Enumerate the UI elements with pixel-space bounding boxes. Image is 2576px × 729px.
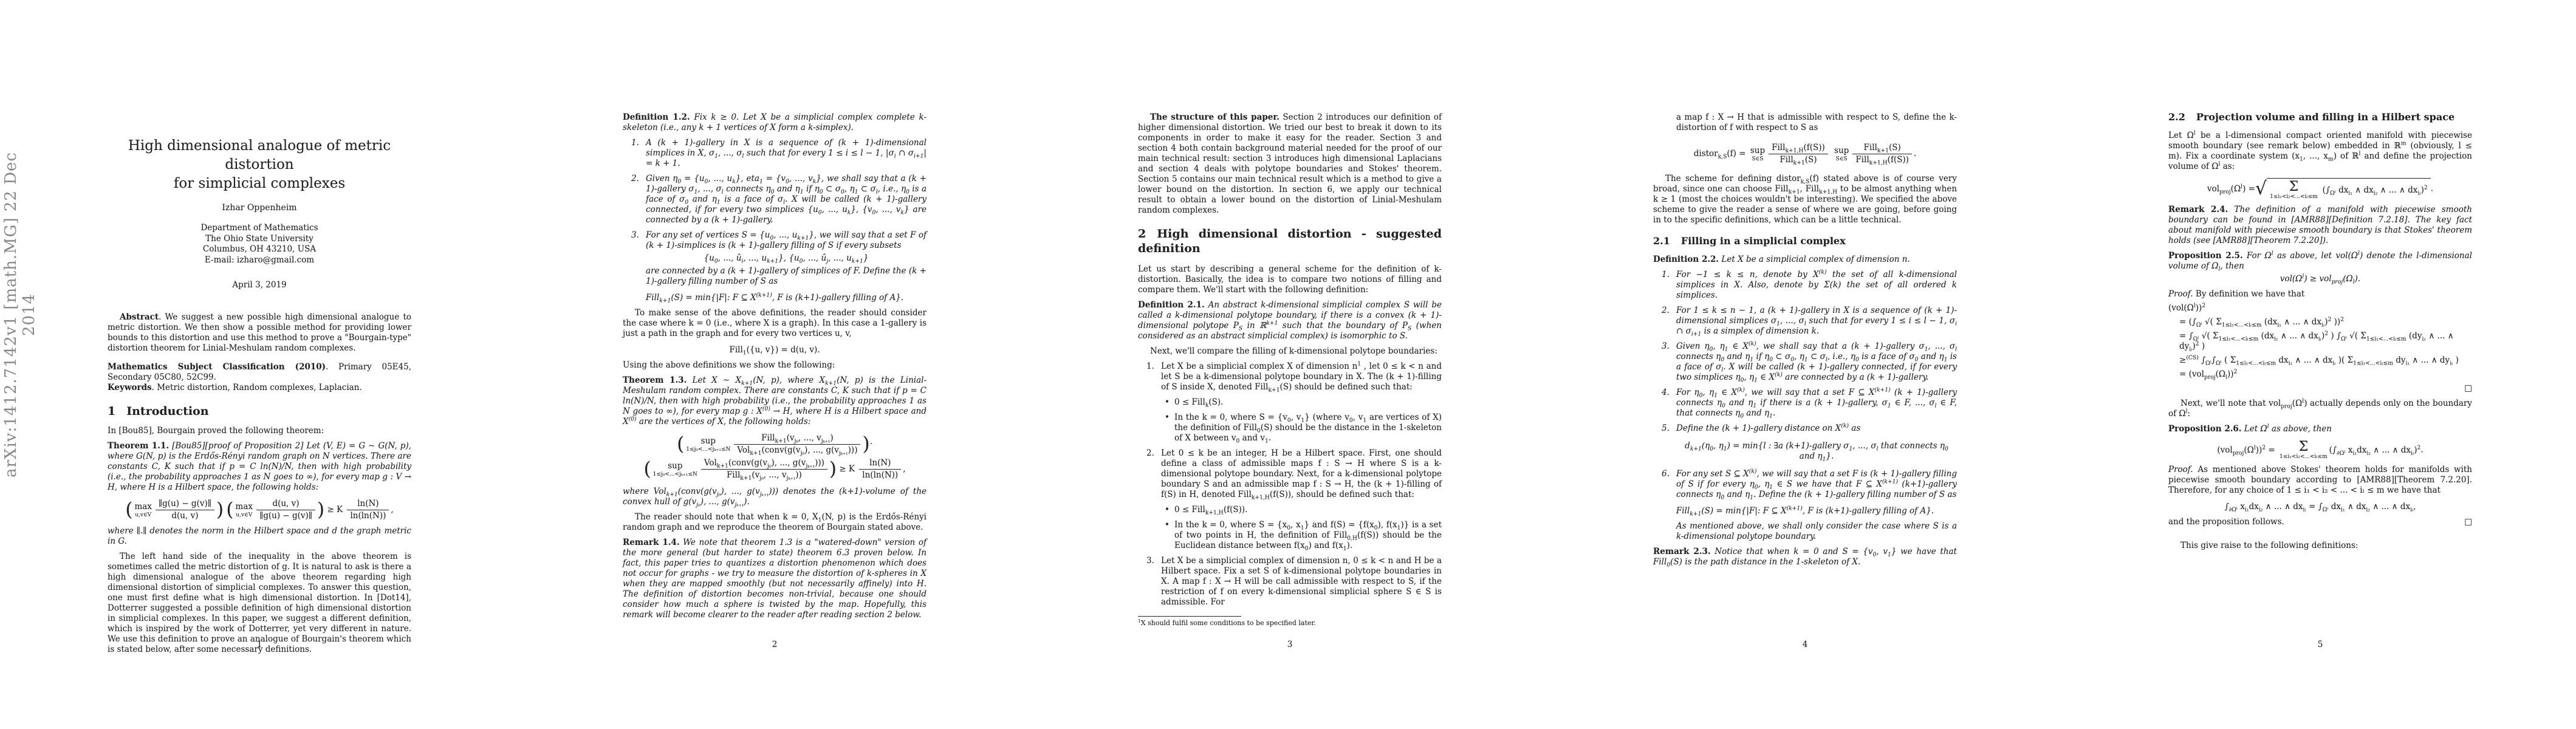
sqrt-symbol: √ bbox=[2255, 178, 2267, 199]
remark-2-4: Remark 2.4. The definition of a manifold… bbox=[2168, 205, 2472, 246]
page-5: 2.2Projection volume and filling in a Hi… bbox=[2168, 0, 2472, 551]
section-1-title: Introduction bbox=[126, 405, 208, 418]
bullet-item: •0 ≤ Fillk+1,H(f(S)). bbox=[1174, 505, 1442, 515]
sup-operator: sup1≤j₀<...<jₖ₊₁≤N bbox=[653, 461, 697, 477]
proposition-2-5-label: Proposition 2.5. bbox=[2168, 251, 2243, 261]
section-2-title: High dimensional distortion - suggested … bbox=[1138, 227, 1442, 255]
derivation-line-1: (vol(Ωl))2 bbox=[2168, 303, 2472, 313]
definition-1-2: Definition 1.2. Fix k ≥ 0. Let X be a si… bbox=[623, 112, 927, 133]
equation-fill1: Fill1({u, v}) = d(u, v). bbox=[623, 345, 927, 355]
fraction: Fillk+1(S)Fillk+1,H(f(S)) bbox=[1852, 143, 1912, 165]
sup-operator: supS∈S bbox=[1750, 146, 1765, 162]
arxiv-watermark: arXiv:1412.7142v1 [math.MG] 22 Dec 2014 bbox=[2, 135, 38, 494]
derivation-line-4: ≥(CS) ∫Ωˡ∫Ωˡ ( Σ1≤i₁<...<iₗ≤m dxi₁ ∧ ...… bbox=[2179, 355, 2472, 366]
sum-operator: Σ1≤i₁<i₂<...<iₗ≤m bbox=[2270, 180, 2318, 200]
fraction: ln(N)ln(ln(N)) bbox=[859, 458, 901, 481]
proposition-2-6-text: Let Ωl as above, then bbox=[2242, 424, 2332, 434]
max-operator: maxu,v∈V bbox=[236, 502, 253, 518]
relation: ≥ K bbox=[839, 464, 855, 474]
fraction: ln(N)ln(ln(N)) bbox=[347, 499, 389, 521]
footnote: 1X should fulfil some conditions to be s… bbox=[1138, 619, 1442, 628]
definition-2-2-label: Definition 2.2. bbox=[1653, 255, 1719, 264]
list-item: 5.Define the (k + 1)-gallery distance on… bbox=[1676, 423, 1957, 462]
paren: ) bbox=[317, 499, 324, 521]
list-item: 3.Given η0, η1 ∈ X(k), we shall say that… bbox=[1676, 341, 1957, 383]
proof-text: As mentioned above Stokes' theorem holds… bbox=[2168, 465, 2472, 495]
equation-vol-geq: vol(Ωl) ≥ volproj(Ωl). bbox=[2168, 274, 2472, 284]
fraction: d(u, v)∥g(u) − g(v)∥ bbox=[256, 499, 315, 521]
fraction: Fillk+1,H(f(S))Fillk+1(S) bbox=[1769, 143, 1828, 165]
equation-distortion-def: distork,S(f) = supS∈SFillk+1,H(f(S))Fill… bbox=[1653, 143, 1957, 165]
section-2-2-heading: 2.2Projection volume and filling in a Hi… bbox=[2168, 111, 2472, 123]
structure-paragraph: The structure of this paper. Section 2 i… bbox=[1138, 112, 1442, 216]
note-paragraph: As mentioned above, we shall only consid… bbox=[1676, 521, 1957, 542]
paper-title-line2: for simplicial complexes bbox=[174, 176, 345, 191]
proof-2-6: Proof. As mentioned above Stokes' theore… bbox=[2168, 465, 2472, 496]
derivation-line-2: = (∫Ωˡ √( Σ1≤i₁<...<iₗ≤m (dxi₁ ∧ ... ∧ d… bbox=[2179, 317, 2472, 327]
theorem-1-1: Theorem 1.1. [Bou85][proof of Propositio… bbox=[108, 441, 411, 493]
list-item: 2.Let 0 ≤ k be an integer, H be a Hilber… bbox=[1161, 448, 1442, 500]
msc-label: Mathematics Subject Classification (2010… bbox=[108, 362, 326, 372]
bullet-item: •In the k = 0, where S = {x0, x1} and f(… bbox=[1174, 520, 1442, 551]
section-2-1-heading: 2.1Filling in a simplicial complex bbox=[1653, 235, 1957, 247]
bullet-dot: • bbox=[1165, 520, 1170, 530]
body-paragraph: The reader should note that when k = 0, … bbox=[623, 512, 927, 533]
equation-theorem13-line1: (sup1≤j₀<...<jₖ₊₁≤NFillk+1(vj₀, ..., vjₖ… bbox=[623, 433, 927, 456]
punctuation: , bbox=[391, 505, 393, 515]
definition-2-2: Definition 2.2. Let X be a simplicial co… bbox=[1653, 255, 1957, 265]
body-paragraph: Let Ωl be a l-dimensional compact orient… bbox=[2168, 131, 2472, 172]
affiliation-city: Columbus, OH 43210, USA bbox=[108, 244, 411, 255]
list-item: 1.Let X be a simplicial complex X of dim… bbox=[1161, 361, 1442, 392]
section-2-2-number: 2.2 bbox=[2168, 111, 2185, 123]
sum-operator: Σ1≤i₁<i₂<...<iₗ≤m bbox=[2280, 440, 2328, 460]
remark-1-4-label: Remark 1.4. bbox=[623, 538, 680, 547]
page-number-5: 5 bbox=[2168, 640, 2472, 650]
paren: ) bbox=[216, 499, 224, 521]
keywords-label: Keywords bbox=[108, 383, 152, 392]
section-1-number: 1 bbox=[108, 405, 115, 418]
section-2-number: 2 bbox=[1138, 227, 1146, 241]
fraction: ∥g(u) − g(v)∥d(u, v) bbox=[156, 499, 214, 521]
fraction: Volk+1(conv(g(vj₀), ..., g(vjₖ₊₁)))Fillk… bbox=[701, 458, 827, 481]
max-operator: maxu,v∈V bbox=[134, 502, 151, 518]
structure-label: The structure of this paper. bbox=[1150, 112, 1279, 122]
lhs: (volproj(Ωl))2 = bbox=[2217, 445, 2275, 455]
bullet-dot: • bbox=[1165, 412, 1170, 423]
section-1-heading: 1Introduction bbox=[108, 404, 411, 419]
list-item: 1.For −1 ≤ k ≤ n, denote by X(k) the set… bbox=[1676, 270, 1957, 301]
footnote-rule bbox=[1138, 616, 1241, 617]
page-number-3: 3 bbox=[1138, 640, 1442, 650]
equation-stokes: ∫∂Ωˡ xi₁dxi₂ ∧ ... ∧ dxiₗ = ∫Ωˡ dxi₁ ∧ d… bbox=[2168, 502, 2472, 512]
definition-2-1-label: Definition 2.1. bbox=[1138, 300, 1205, 310]
body-paragraph: Next, we'll compare the filling of k-dim… bbox=[1138, 346, 1442, 357]
paper-date: April 3, 2019 bbox=[108, 280, 411, 290]
bullet-item: •In the k = 0, where S = {v0, v1} (where… bbox=[1174, 412, 1442, 443]
affiliation-univ: The Ohio State University bbox=[108, 234, 411, 245]
equation-gallery-distance: dk+1(η0, η1) = min{l : ∃a (k+1)-gallery … bbox=[1676, 441, 1957, 462]
theorem-1-1-label: Theorem 1.1. bbox=[108, 441, 169, 451]
intro-paragraph: In [Bou85], Bourgain proved the followin… bbox=[108, 426, 411, 436]
paren: ( bbox=[226, 499, 233, 521]
equation-fill-number: Fillk+1(S) = min{|F|: F ⊆ X(k+1), F is (… bbox=[1653, 506, 1957, 516]
list-item: 4.For η0, η1 ∈ X(k), we will say that a … bbox=[1676, 388, 1957, 419]
body-paragraph: This give raise to the following definit… bbox=[2168, 541, 2472, 551]
equation-vol-proj: volproj(Ωl) =√Σ1≤i₁<i₂<...<iₗ≤m(∫Ωˡ dxi₁… bbox=[2168, 178, 2472, 200]
page-3: The structure of this paper. Section 2 i… bbox=[1138, 0, 1442, 628]
remark-1-4-text: We note that theorem 1.3 is a "watered-d… bbox=[623, 538, 927, 620]
sqrt-content: Σ1≤i₁<i₂<...<iₗ≤m(∫Ωˡ dxi₁ ∧ dxi₂ ∧ ... … bbox=[2267, 178, 2431, 200]
section-2-2-title: Projection volume and filling in a Hilbe… bbox=[2196, 111, 2454, 123]
definition-2-1: Definition 2.1. An abstract k-dimensiona… bbox=[1138, 300, 1442, 341]
theorem-1-3-label: Theorem 1.3. bbox=[623, 375, 687, 385]
abstract-label: Abstract bbox=[120, 312, 159, 322]
times-dot: · bbox=[870, 439, 872, 449]
proposition-2-6-label: Proposition 2.6. bbox=[2168, 424, 2242, 434]
where-clause: where Volk+1(conv(g(vj₀), ..., g(vjₖ₊₁))… bbox=[623, 487, 927, 507]
affiliation-dept: Department of Mathematics bbox=[108, 223, 411, 234]
remark-2-3-label: Remark 2.3. bbox=[1653, 547, 1711, 556]
fraction: Fillk+1(vj₀, ..., vjₖ₊₁)Volk+1(conv(g(vj… bbox=[734, 433, 860, 456]
sup-operator: sup1≤j₀<...<jₖ₊₁≤N bbox=[686, 436, 730, 453]
where-clause: where ∥.∥ denotes the norm in the Hilber… bbox=[108, 526, 411, 547]
body-paragraph: Next, we'll note that volproj(Ωl) actual… bbox=[2168, 399, 2472, 419]
page-4: a map f : X → H that is admissible with … bbox=[1653, 0, 1957, 567]
proof-label: Proof. bbox=[2168, 465, 2193, 474]
bullet-item: •0 ≤ Fillk(S). bbox=[1174, 397, 1442, 408]
closing-line: and the proposition follows.□ bbox=[2168, 517, 2472, 527]
equation-subsets: {u0, ..., ûi, ..., uk+1}, {u0, ..., ûj, … bbox=[646, 253, 927, 264]
author-name: Izhar Oppenheim bbox=[108, 203, 411, 213]
definition-2-2-text: Let X be a simplicial complex of dimensi… bbox=[1719, 255, 1910, 264]
theorem-1-3: Theorem 1.3. Let X ∼ Xk+1(N, p), where X… bbox=[623, 375, 927, 427]
relation: ≥ K bbox=[327, 505, 343, 515]
paper-title: High dimensional analogue of metric dist… bbox=[108, 137, 411, 193]
proposition-2-6: Proposition 2.6. Let Ωl as above, then bbox=[2168, 424, 2472, 434]
abstract: Abstract. We suggest a new possible high… bbox=[108, 312, 411, 354]
punctuation: , bbox=[903, 464, 905, 474]
body-paragraph: The scheme for defining distork,S(f) sta… bbox=[1653, 174, 1957, 225]
qed-box: □ bbox=[2464, 517, 2472, 527]
derivation-line-3: = ∫Ωˡ √( Σ1≤i₁<...<iₗ≤m (dxi₁ ∧ ... ∧ dx… bbox=[2179, 331, 2472, 352]
list-item: 6.For any set S ⊆ X(k), we will say that… bbox=[1676, 469, 1957, 500]
equation-theorem13-line2: (sup1≤j₀<...<jₖ₊₁≤NVolk+1(conv(g(vj₀), .… bbox=[623, 458, 927, 481]
punctuation: . bbox=[2420, 445, 2423, 455]
lhs: distork,S(f) = bbox=[1694, 149, 1746, 159]
definition-1-2-label: Definition 1.2. bbox=[623, 112, 690, 122]
continued-paragraph: a map f : X → H that is admissible with … bbox=[1676, 112, 1957, 133]
equation-bourgain-distortion: (maxu,v∈V∥g(u) − g(v)∥d(u, v)) (maxu,v∈V… bbox=[108, 499, 411, 521]
body-paragraph: Using the above definitions we show the … bbox=[623, 360, 927, 371]
list-item: 3.Let X be a simplicial complex of dimen… bbox=[1161, 556, 1442, 607]
paper-title-line1: High dimensional analogue of metric dist… bbox=[128, 138, 391, 173]
body-paragraph: Let us start by describing a general sch… bbox=[1138, 264, 1442, 295]
section-2-heading: 2High dimensional distortion - suggested… bbox=[1138, 227, 1442, 256]
remark-2-4-label: Remark 2.4. bbox=[2168, 205, 2228, 214]
sup-operator: supS∈S bbox=[1834, 146, 1849, 162]
bullet-dot: • bbox=[1165, 505, 1170, 515]
remark-1-4: Remark 1.4. We note that theorem 1.3 is … bbox=[623, 538, 927, 620]
section-2-1-number: 2.1 bbox=[1653, 235, 1670, 247]
equation-vol-proj-boundary: (volproj(Ωl))2 = Σ1≤i₁<i₂<...<iₗ≤m(∫∂Ωˡ … bbox=[2168, 440, 2472, 460]
proof-2-5: Proof. By definition we have that bbox=[2168, 289, 2472, 299]
keywords: Keywords. Metric distortion, Random comp… bbox=[108, 383, 411, 393]
section-2-1-title: Filling in a simplicial complex bbox=[1681, 235, 1846, 247]
punctuation: . bbox=[1914, 149, 1916, 159]
equation-fill-number: Fillk+1(S) = min{|F|: F ⊆ X(k+1), F is (… bbox=[623, 293, 927, 303]
keywords-text: . Metric distortion, Random complexes, L… bbox=[152, 383, 362, 392]
proof-text: By definition we have that bbox=[2193, 289, 2305, 299]
proposition-2-5: Proposition 2.5. For Ωl as above, let vo… bbox=[2168, 251, 2472, 272]
list-item: 3.For any set of vertices S = {u0, ..., … bbox=[646, 230, 927, 287]
page-number-1: 1 bbox=[108, 640, 411, 650]
page-number-2: 2 bbox=[623, 640, 927, 650]
lhs: volproj(Ωl) = bbox=[2207, 184, 2255, 194]
qed-box: □ bbox=[2168, 383, 2472, 394]
proof-label: Proof. bbox=[2168, 289, 2193, 299]
bullet-dot: • bbox=[1165, 397, 1170, 408]
msc: Mathematics Subject Classification (2010… bbox=[108, 362, 411, 383]
page-number-4: 4 bbox=[1653, 640, 1957, 650]
affiliation-email: E-mail: izharo@gmail.com bbox=[108, 255, 411, 266]
paren: ( bbox=[125, 499, 132, 521]
list-item: 1.A (k + 1)-gallery in X is a sequence o… bbox=[646, 138, 927, 169]
list-item: 2.Given η0 = {u0, ..., uk}, eta1 = {v0, … bbox=[646, 174, 927, 225]
remark-2-3: Remark 2.3. Notice that when k = 0 and S… bbox=[1653, 547, 1957, 567]
punctuation: . bbox=[2431, 184, 2433, 194]
derivation-line-5: = (volproj(Ωl))2 bbox=[2179, 369, 2472, 380]
page-1: High dimensional analogue of metric dist… bbox=[108, 0, 411, 655]
list-item: 2.For 1 ≤ k ≤ n − 1, a (k + 1)-gallery i… bbox=[1676, 306, 1957, 337]
page-2: Definition 1.2. Fix k ≥ 0. Let X be a si… bbox=[623, 0, 927, 620]
body-paragraph: To make sense of the above definitions, … bbox=[623, 308, 927, 339]
affiliation-block: Department of Mathematics The Ohio State… bbox=[108, 223, 411, 265]
